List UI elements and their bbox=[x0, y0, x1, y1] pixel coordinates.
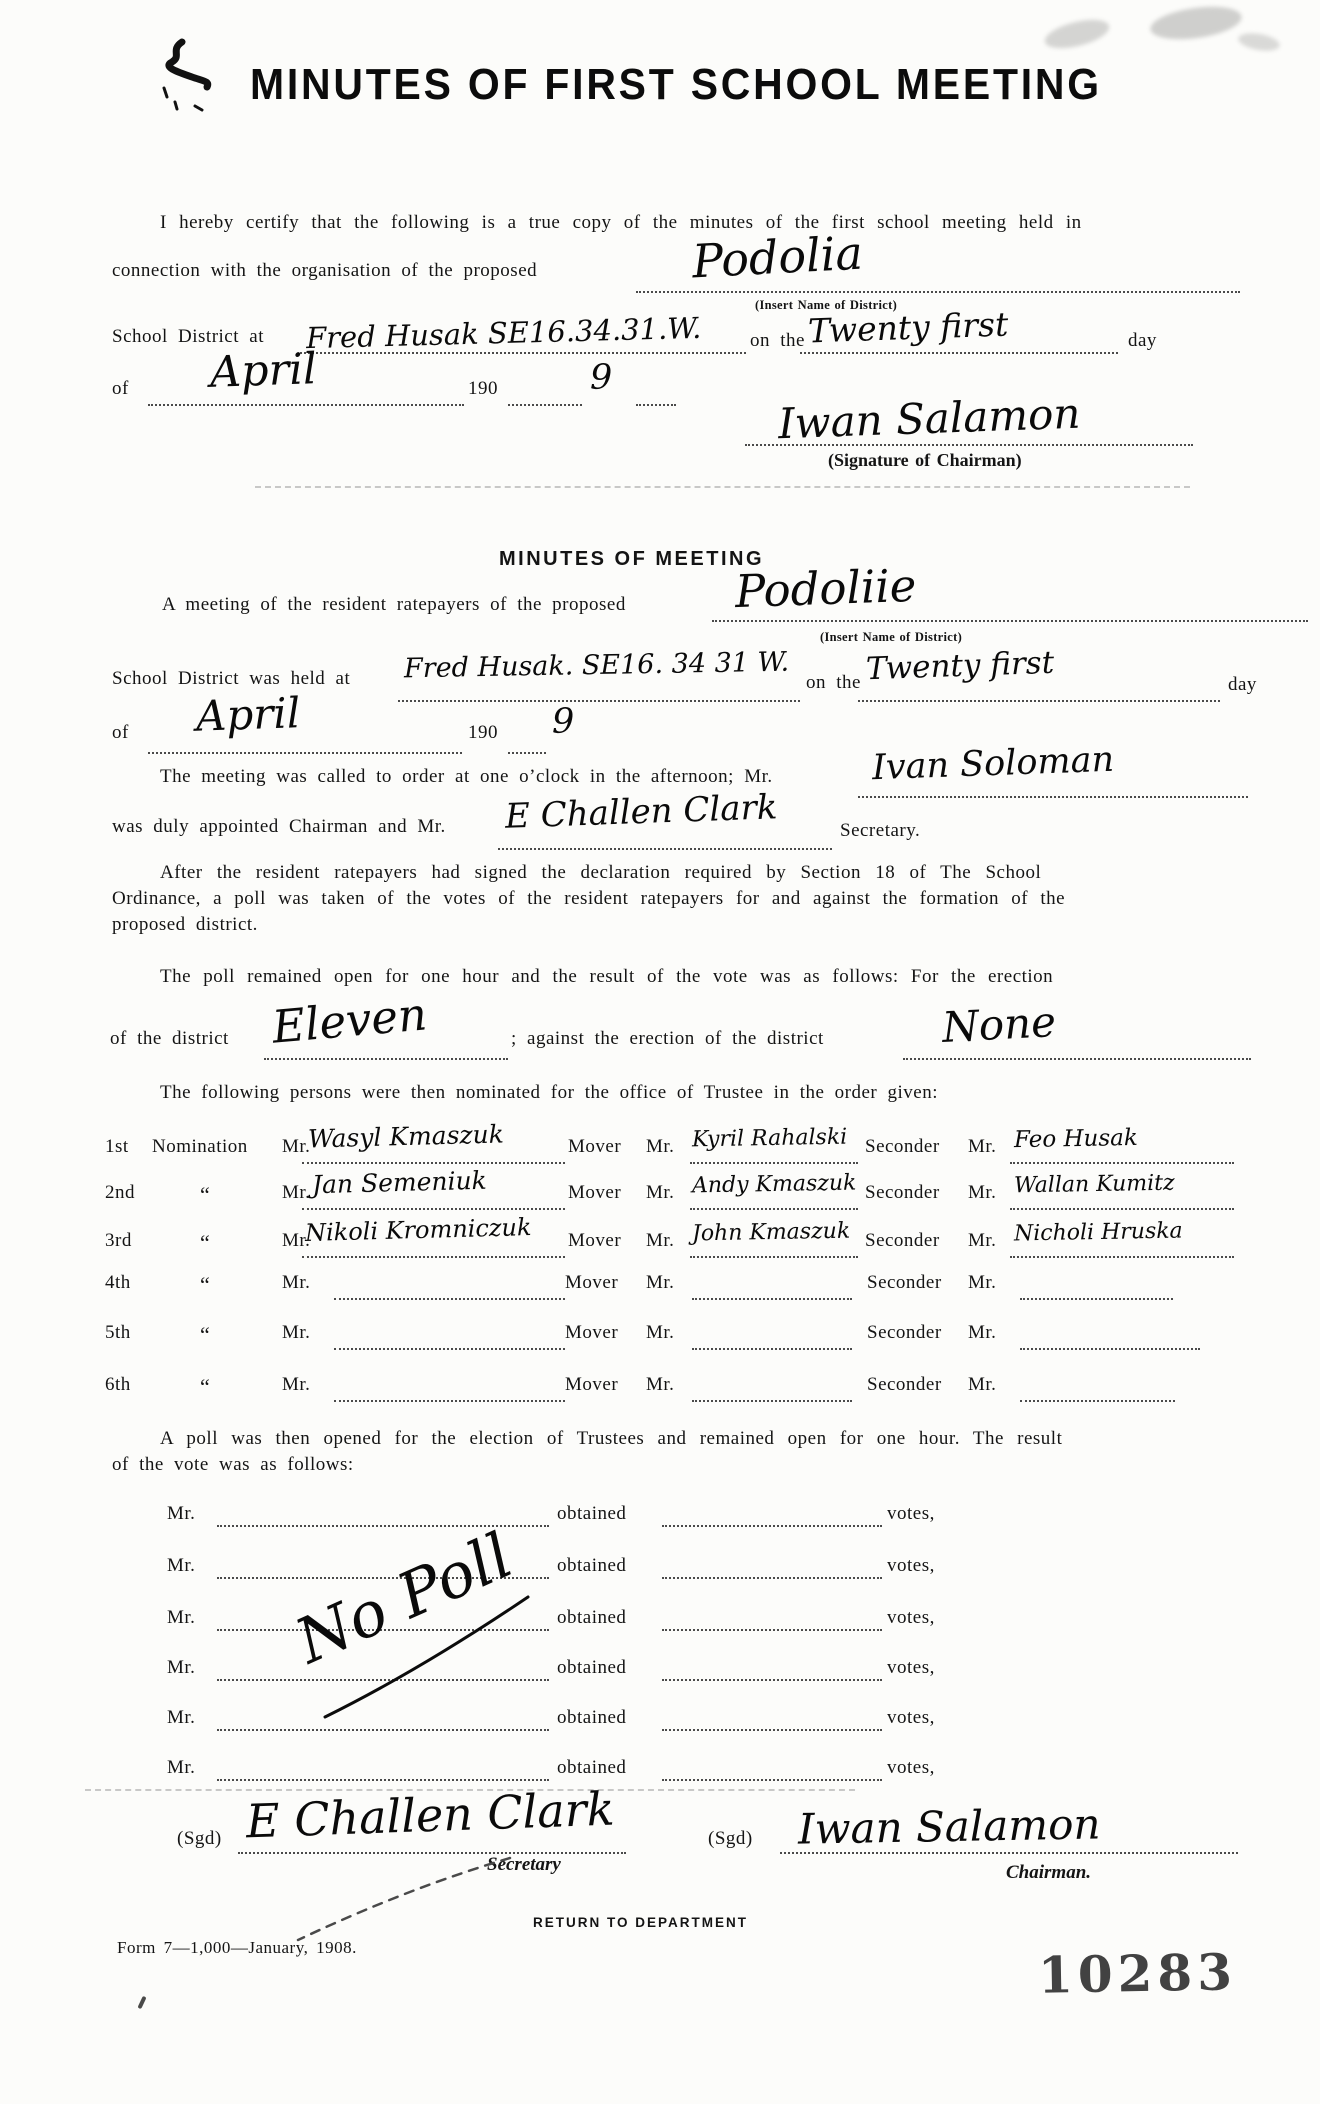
count-line bbox=[662, 1525, 882, 1527]
scan-smudge bbox=[1042, 14, 1112, 53]
name-line bbox=[217, 1729, 549, 1731]
ditto-mark: “ bbox=[200, 1182, 210, 1208]
chairman-name-handwriting: Ivan Soloman bbox=[871, 740, 1114, 788]
district-name-handwriting-2: Podoliie bbox=[734, 559, 917, 618]
form-number-note: Form 7—1,000—January, 1908. bbox=[117, 1938, 357, 1958]
secretary-name-handwriting: E Challen Clark bbox=[504, 787, 778, 836]
day-handwriting-2: Twenty first bbox=[865, 645, 1054, 688]
count-line bbox=[662, 1679, 882, 1681]
nomination-ordinal: 2nd bbox=[105, 1182, 135, 1204]
ink-mark bbox=[148, 36, 248, 116]
mr-label: Mr. bbox=[282, 1136, 310, 1158]
year-digit-handwriting-2: 9 bbox=[552, 702, 574, 742]
seconder-line bbox=[1020, 1298, 1173, 1300]
for-votes-handwriting: Eleven bbox=[270, 987, 429, 1053]
count-line bbox=[662, 1577, 882, 1579]
called-to-order-line-2: was duly appointed Chairman and Mr. bbox=[112, 816, 446, 838]
obtained-label: obtained bbox=[557, 1707, 626, 1729]
of-label-2: of bbox=[112, 722, 129, 744]
nominee-line bbox=[334, 1400, 565, 1402]
day-word: day bbox=[1128, 330, 1157, 352]
seconder-label: Seconder bbox=[865, 1230, 940, 1252]
mover-handwriting: John Kmaszuk bbox=[692, 1219, 851, 1247]
votes-label: votes, bbox=[887, 1757, 935, 1779]
sgd-label-chairman: (Sgd) bbox=[708, 1828, 753, 1850]
on-the-label: on the bbox=[750, 330, 805, 352]
minutes-heading: MINUTES OF MEETING bbox=[499, 548, 764, 571]
scan-smudge bbox=[1237, 30, 1281, 53]
chairman-label: Chairman. bbox=[1006, 1862, 1091, 1884]
page-title: MINUTES OF FIRST SCHOOL MEETING bbox=[250, 60, 1102, 110]
meeting-line-1: A meeting of the resident ratepayers of … bbox=[162, 594, 626, 616]
location-handwriting: Fred Husak SE16.34.31.W. bbox=[306, 311, 702, 355]
section-divider bbox=[255, 486, 1190, 488]
district-name-handwriting: Podolia bbox=[691, 226, 864, 289]
mr-label: Mr. bbox=[968, 1272, 996, 1294]
vote-row: Mr. obtained votes, bbox=[0, 1657, 1320, 1703]
mr-label: Mr. bbox=[968, 1230, 996, 1252]
mover-label: Mover bbox=[565, 1272, 618, 1294]
nomination-row: 3rd “ Mr. Nikoli Kromniczuk Mover Mr. Jo… bbox=[0, 1230, 1320, 1276]
document-page: MINUTES OF FIRST SCHOOL MEETING I hereby… bbox=[0, 0, 1320, 2104]
mr-label: Mr. bbox=[167, 1657, 195, 1679]
obtained-label: obtained bbox=[557, 1757, 626, 1779]
vote-row: Mr. obtained votes, bbox=[0, 1707, 1320, 1753]
school-district-at-label: School District at bbox=[112, 326, 264, 348]
obtained-label: obtained bbox=[557, 1657, 626, 1679]
mover-line bbox=[690, 1256, 858, 1258]
ditto-mark: “ bbox=[200, 1272, 210, 1298]
ditto-mark: “ bbox=[200, 1322, 210, 1348]
seconder-line bbox=[1010, 1162, 1234, 1164]
seconder-label: Seconder bbox=[867, 1322, 942, 1344]
nomination-ordinal: 5th bbox=[105, 1322, 131, 1344]
year-prefix: 190 bbox=[468, 378, 498, 400]
vote-row: Mr. obtained votes, bbox=[0, 1757, 1320, 1803]
certify-line-1: I hereby certify that the following is a… bbox=[160, 212, 1082, 234]
obtained-label: obtained bbox=[557, 1503, 626, 1525]
votes-label: votes, bbox=[887, 1607, 935, 1629]
nominations-intro: The following persons were then nominate… bbox=[160, 1082, 938, 1104]
mover-handwriting: Kyril Rahalski bbox=[692, 1125, 848, 1153]
seconder-label: Seconder bbox=[865, 1136, 940, 1158]
secretary-word: Secretary. bbox=[840, 820, 920, 842]
mover-label: Mover bbox=[568, 1230, 621, 1252]
location-line-2 bbox=[398, 700, 800, 702]
obtained-label: obtained bbox=[557, 1607, 626, 1629]
mr-label: Mr. bbox=[167, 1757, 195, 1779]
obtained-label: obtained bbox=[557, 1555, 626, 1577]
against-votes-line bbox=[903, 1058, 1251, 1060]
poll-open-line-1: The poll remained open for one hour and … bbox=[160, 966, 1053, 988]
secretary-signature-handwriting: E Challen Clark bbox=[245, 1782, 615, 1849]
chairman-signature-handwriting: Iwan Salamon bbox=[777, 389, 1081, 449]
seconder-line bbox=[1020, 1400, 1175, 1402]
seconder-label: Seconder bbox=[867, 1272, 942, 1294]
month-line bbox=[148, 404, 464, 406]
mover-line bbox=[692, 1400, 852, 1402]
mr-label: Mr. bbox=[968, 1374, 996, 1396]
seconder-handwriting: Wallan Kumitz bbox=[1014, 1171, 1175, 1199]
day-line bbox=[800, 352, 1118, 354]
mr-label: Mr. bbox=[282, 1374, 310, 1396]
certify-line-2: connection with the organisation of the … bbox=[112, 260, 537, 282]
stamp-number: 10283 bbox=[1038, 1942, 1238, 2004]
votes-label: votes, bbox=[887, 1657, 935, 1679]
mr-label: Mr. bbox=[968, 1322, 996, 1344]
year-digit-handwriting: 9 bbox=[590, 358, 612, 398]
nominee-line bbox=[334, 1298, 565, 1300]
mover-label: Mover bbox=[568, 1182, 621, 1204]
votes-label: votes, bbox=[887, 1555, 935, 1577]
mr-label: Mr. bbox=[282, 1272, 310, 1294]
ditto-mark: “ bbox=[200, 1374, 210, 1400]
nomination-word: Nomination bbox=[152, 1136, 248, 1158]
nominee-handwriting: Nikoli Kromniczuk bbox=[305, 1213, 532, 1247]
count-line bbox=[662, 1629, 882, 1631]
seconder-handwriting: Nicholi Hruska bbox=[1014, 1219, 1183, 1247]
count-line bbox=[662, 1779, 882, 1781]
mr-label: Mr. bbox=[167, 1607, 195, 1629]
district-name-line bbox=[636, 291, 1240, 293]
district-name-line-2 bbox=[712, 620, 1308, 622]
scan-smudge bbox=[1148, 2, 1243, 45]
location-handwriting-2: Fred Husak. SE16. 34 31 W. bbox=[404, 647, 790, 685]
vote-row: Mr. obtained votes, bbox=[0, 1555, 1320, 1601]
name-line bbox=[217, 1779, 549, 1781]
nomination-ordinal: 4th bbox=[105, 1272, 131, 1294]
nomination-ordinal: 1st bbox=[105, 1136, 129, 1158]
mr-label: Mr. bbox=[646, 1136, 674, 1158]
year-dots-2 bbox=[508, 752, 546, 754]
mover-line bbox=[692, 1348, 852, 1350]
vote-row: Mr. obtained votes, bbox=[0, 1607, 1320, 1653]
of-label: of bbox=[112, 378, 129, 400]
called-to-order-line-1: The meeting was called to order at one o… bbox=[160, 766, 773, 788]
mr-label: Mr. bbox=[968, 1136, 996, 1158]
nominee-handwriting: Wasyl Kmaszuk bbox=[308, 1119, 505, 1153]
chairman-name-line bbox=[858, 796, 1248, 798]
nomination-ordinal: 6th bbox=[105, 1374, 131, 1396]
mover-label: Mover bbox=[565, 1374, 618, 1396]
day-handwriting: Twenty first bbox=[807, 305, 1008, 351]
seconder-line bbox=[1020, 1348, 1200, 1350]
declaration-line-1: After the resident ratepayers had signed… bbox=[160, 862, 1041, 884]
count-line bbox=[662, 1729, 882, 1731]
mr-label: Mr. bbox=[646, 1322, 674, 1344]
mr-label: Mr. bbox=[646, 1272, 674, 1294]
trustee-poll-line-1: A poll was then opened for the election … bbox=[160, 1428, 1062, 1450]
mr-label: Mr. bbox=[646, 1182, 674, 1204]
secretary-flourish bbox=[288, 1852, 518, 1947]
mr-label: Mr. bbox=[167, 1555, 195, 1577]
nomination-row: 5th “ Mr. Mover Mr. Seconder Mr. bbox=[0, 1322, 1320, 1368]
poll-line-2-mid: ; against the erection of the district bbox=[511, 1028, 824, 1050]
seconder-label: Seconder bbox=[867, 1374, 942, 1396]
votes-label: votes, bbox=[887, 1503, 935, 1525]
insert-district-label-2: (Insert Name of District) bbox=[820, 630, 962, 645]
no-poll-flourish bbox=[300, 1585, 540, 1725]
declaration-line-3: proposed district. bbox=[112, 914, 258, 936]
seconder-line bbox=[1010, 1256, 1234, 1258]
mover-label: Mover bbox=[565, 1322, 618, 1344]
mover-label: Mover bbox=[568, 1136, 621, 1158]
mover-line bbox=[690, 1208, 858, 1210]
for-votes-line bbox=[264, 1058, 508, 1060]
seconder-line bbox=[1010, 1208, 1234, 1210]
year-dots-tail bbox=[636, 404, 676, 406]
nomination-ordinal: 3rd bbox=[105, 1230, 132, 1252]
name-line bbox=[217, 1525, 549, 1527]
seconder-handwriting: Feo Husak bbox=[1014, 1125, 1138, 1153]
trustee-poll-line-2: of the vote was as follows: bbox=[112, 1454, 354, 1476]
ditto-mark: “ bbox=[200, 1230, 210, 1256]
seconder-label: Seconder bbox=[865, 1182, 940, 1204]
poll-line-2-start: of the district bbox=[110, 1028, 229, 1050]
signature-of-chairman-label: (Signature of Chairman) bbox=[828, 450, 1022, 471]
nominee-line bbox=[302, 1162, 565, 1164]
mr-label: Mr. bbox=[646, 1374, 674, 1396]
on-the-label-2: on the bbox=[806, 672, 861, 694]
mr-label: Mr. bbox=[282, 1182, 310, 1204]
year-prefix-2: 190 bbox=[468, 722, 498, 744]
chairman-signature-handwriting-2: Iwan Salamon bbox=[798, 1799, 1101, 1853]
sgd-label-secretary: (Sgd) bbox=[177, 1828, 222, 1850]
nomination-row: 4th “ Mr. Mover Mr. Seconder Mr. bbox=[0, 1272, 1320, 1318]
mover-line bbox=[690, 1162, 858, 1164]
month-handwriting: April bbox=[209, 344, 317, 398]
nomination-row: 6th “ Mr. Mover Mr. Seconder Mr. bbox=[0, 1374, 1320, 1420]
nominee-line bbox=[302, 1208, 565, 1210]
secretary-name-line bbox=[498, 848, 832, 850]
votes-label: votes, bbox=[887, 1707, 935, 1729]
held-at-label: School District was held at bbox=[112, 668, 350, 690]
declaration-line-2: Ordinance, a poll was taken of the votes… bbox=[112, 888, 1065, 910]
day-line-2 bbox=[858, 700, 1220, 702]
month-handwriting-2: April bbox=[195, 688, 301, 741]
mover-handwriting: Andy Kmaszuk bbox=[692, 1171, 857, 1199]
nominee-line bbox=[302, 1256, 565, 1258]
chairman-signature-line-2 bbox=[780, 1852, 1238, 1854]
mr-label: Mr. bbox=[968, 1182, 996, 1204]
day-word-2: day bbox=[1228, 674, 1257, 696]
year-dots bbox=[508, 404, 582, 406]
stray-mark bbox=[137, 1996, 146, 2009]
mover-line bbox=[692, 1298, 852, 1300]
against-votes-handwriting: None bbox=[941, 997, 1057, 1052]
month-line-2 bbox=[148, 752, 462, 754]
vote-row: Mr. obtained votes, bbox=[0, 1503, 1320, 1549]
mr-label: Mr. bbox=[282, 1322, 310, 1344]
mr-label: Mr. bbox=[167, 1707, 195, 1729]
mr-label: Mr. bbox=[646, 1230, 674, 1252]
nominee-line bbox=[334, 1348, 565, 1350]
return-to-department-label: RETURN TO DEPARTMENT bbox=[533, 1915, 748, 1930]
mr-label: Mr. bbox=[167, 1503, 195, 1525]
nominee-handwriting: Jan Semeniuk bbox=[312, 1166, 487, 1200]
